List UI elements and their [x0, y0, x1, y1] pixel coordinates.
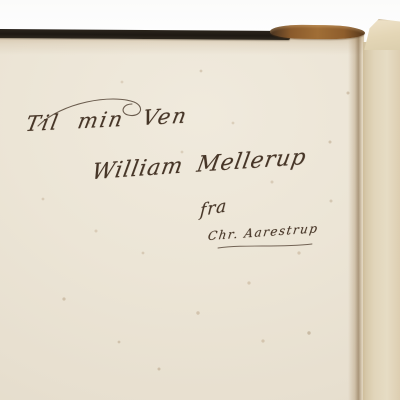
gutter-crease [348, 36, 366, 400]
torn-paper-corner [362, 19, 400, 50]
worn-leather-headcap [270, 25, 365, 40]
left-flyleaf-page [0, 33, 364, 400]
book-photo: Til min Ven William Mellerup fra Chr. Aa… [0, 0, 400, 400]
right-page-fore-edge [363, 42, 400, 400]
foxing-spots [0, 0, 2, 2]
